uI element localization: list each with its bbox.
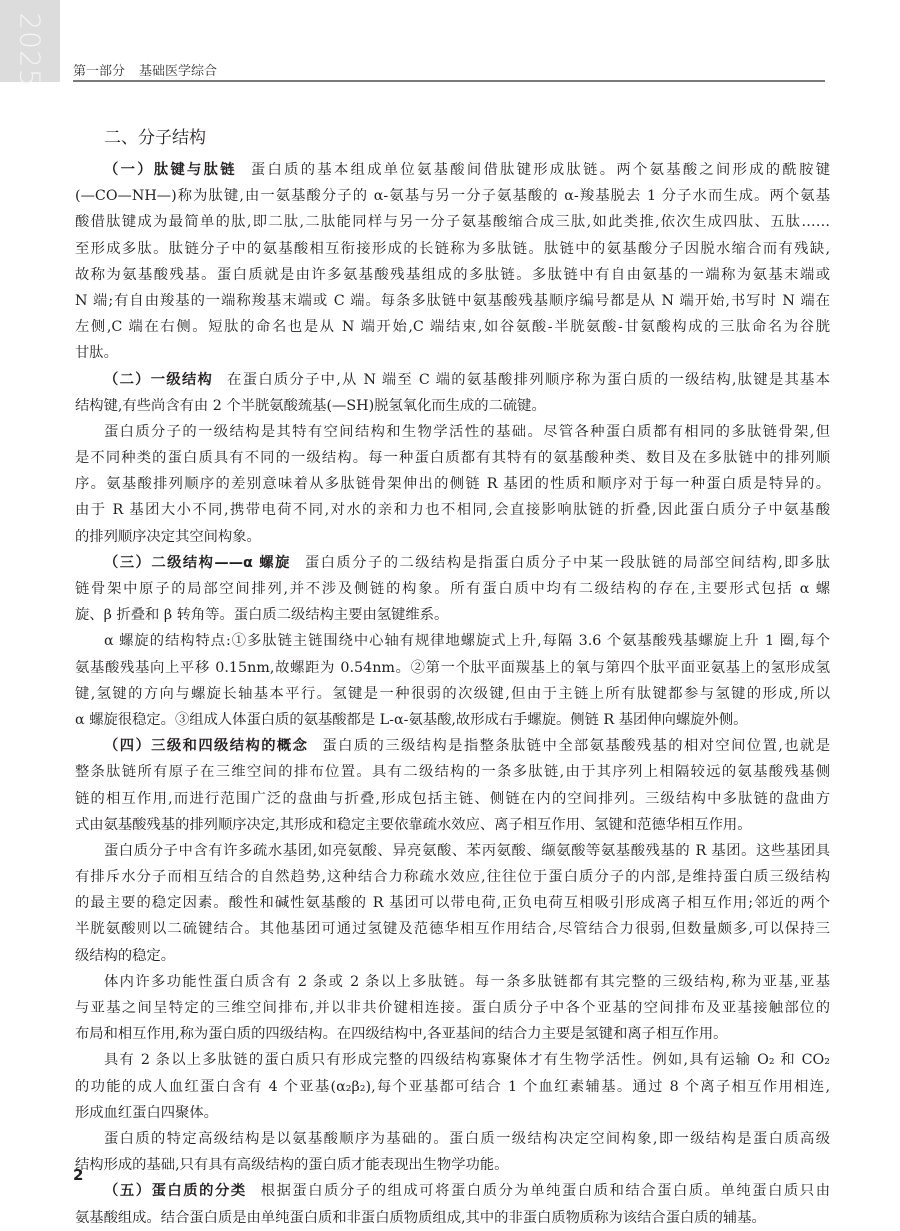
- body-text: （一）肽键与肽链蛋白质的基本组成单位氨基酸间借肽键形成肽链。两个氨基酸之间形成的…: [75, 157, 830, 1231]
- line-text: 整条肽链所有原子在三维空间的排布位置。具有二级结构的一条多肽链,由于其序列上相隔…: [75, 764, 830, 780]
- text-line: (—CO—NH—)称为肽键,由一氨基酸分子的 α-氨基与另一分子氨基酸的 α-羧…: [75, 183, 830, 209]
- line-text: 是不同种类的蛋白质具有不同的一级结构。每一种蛋白质都有其特有的氨基酸种类、数目及…: [75, 450, 830, 466]
- part-label: 第一部分: [73, 64, 125, 79]
- line-text: 的最主要的稳定因素。酸性和碱性氨基酸的 R 基团可以带电荷,正负电荷互相吸引形成…: [75, 895, 830, 911]
- subsection-line: （一）肽键与肽链蛋白质的基本组成单位氨基酸间借肽键形成肽链。两个氨基酸之间形成的…: [75, 157, 830, 183]
- page-number: 2: [73, 1166, 83, 1184]
- subsection-line: （三）二级结构——α 螺旋蛋白质分子的二级结构是指蛋白质分子中某一段肽链的局部空…: [75, 550, 830, 576]
- text-line: 结构形成的基础,只有具有高级结构的蛋白质才能表现出生物学功能。: [75, 1152, 830, 1178]
- line-text: 链骨架中原子的局部空间排列,并不涉及侧链的构象。所有蛋白质中均有二级结构的存在,…: [75, 581, 830, 597]
- line-text: N 端;有自由羧基的一端称羧基末端或 C 端。每条多肽链中氨基酸残基顺序编号都是…: [75, 293, 830, 309]
- line-text: 故称为氨基酸残基。蛋白质就是由许多氨基酸残基组成的多肽链。多肽链中有自由氨基的一…: [75, 267, 830, 283]
- running-head: 第一部分基础医学综合: [73, 60, 217, 79]
- text-line: 甘肽。: [75, 340, 830, 366]
- line-text: 蛋白质的基本组成单位氨基酸间借肽键形成肽链。两个氨基酸之间形成的酰胺键: [251, 162, 830, 178]
- line-text: 蛋白质分子中含有许多疏水基团,如亮氨酸、异亮氨酸、苯丙氨酸、缬氨酸等氨基酸残基的…: [104, 843, 830, 859]
- line-text: 左侧,C 端在右侧。短肽的命名也是从 N 端开始,C 端结束,如谷氨酸-半胱氨酸…: [75, 319, 830, 335]
- subsection-heading: （一）肽键与肽链: [104, 162, 237, 178]
- text-line: α 螺旋很稳定。③组成人体蛋白质的氨基酸都是 L-α-氨基酸,故形成右手螺旋。侧…: [75, 707, 830, 733]
- year-label: 2025: [14, 12, 47, 87]
- header-rule: [73, 80, 825, 82]
- line-text: 半胱氨酸则以二硫键结合。其他基团可通过氢键及范德华相互作用结合,尽管结合力很弱,…: [75, 921, 830, 937]
- text-line: 蛋白质分子的一级结构是其特有空间结构和生物学活性的基础。尽管各种蛋白质都有相同的…: [75, 419, 830, 445]
- line-text: 布局和相互作用,称为蛋白质的四级结构。在四级结构中,各亚基间的结合力主要是氢键和…: [75, 1026, 727, 1042]
- line-text: α 螺旋的结构特点:①多肽链主链围绕中心轴有规律地螺旋式上升,每隔 3.6 个氨…: [104, 633, 830, 649]
- text-line: 式由氨基酸残基的排列顺序决定,其形成和稳定主要依靠疏水效应、离子相互作用、氢键和…: [75, 812, 830, 838]
- text-line: 旋、β 折叠和 β 转角等。蛋白质二级结构主要由氢键维系。: [75, 602, 830, 628]
- subsection-line: （二）一级结构在蛋白质分子中,从 N 端至 C 端的氨基酸排列顺序称为蛋白质的一…: [75, 367, 830, 393]
- line-text: 旋、β 折叠和 β 转角等。蛋白质二级结构主要由氢键维系。: [75, 607, 448, 623]
- text-line: 链的相互作用,而进行范围广泛的盘曲与折叠,形成包括主链、侧链在内的空间排列。三级…: [75, 786, 830, 812]
- line-text: 结构键,有些尚含有由 2 个半胱氨酸巯基(—SH)脱氢氧化而生成的二硫键。: [75, 398, 546, 414]
- text-line: 与亚基之间呈特定的三维空间排布,并以非共价键相连接。蛋白质分子中各个亚基的空间排…: [75, 995, 830, 1021]
- line-text: 在蛋白质分子中,从 N 端至 C 端的氨基酸排列顺序称为蛋白质的一级结构,肽键是…: [227, 372, 830, 388]
- text-line: 的功能的成人血红蛋白含有 4 个亚基(α₂β₂),每个亚基都可结合 1 个血红素…: [75, 1074, 830, 1100]
- text-line: 蛋白质分子中含有许多疏水基团,如亮氨酸、异亮氨酸、苯丙氨酸、缬氨酸等氨基酸残基的…: [75, 838, 830, 864]
- line-text: 至形成多肽。肽链分子中的氨基酸相互衔接形成的长链称为多肽链。肽链中的氨基酸分子因…: [75, 241, 830, 257]
- text-line: 链骨架中原子的局部空间排列,并不涉及侧链的构象。所有蛋白质中均有二级结构的存在,…: [75, 576, 830, 602]
- text-line: 结构键,有些尚含有由 2 个半胱氨酸巯基(—SH)脱氢氧化而生成的二硫键。: [75, 393, 830, 419]
- line-text: 形成血红蛋白四聚体。: [75, 1105, 218, 1121]
- text-line: 蛋白质的特定高级结构是以氨基酸顺序为基础的。蛋白质一级结构决定空间构象,即一级结…: [75, 1126, 830, 1152]
- text-line: 左侧,C 端在右侧。短肽的命名也是从 N 端开始,C 端结束,如谷氨酸-半胱氨酸…: [75, 314, 830, 340]
- line-text: 链的相互作用,而进行范围广泛的盘曲与折叠,形成包括主链、侧链在内的空间排列。三级…: [75, 791, 830, 807]
- text-line: 的排列顺序决定其空间构象。: [75, 524, 830, 550]
- line-text: 结构形成的基础,只有具有高级结构的蛋白质才能表现出生物学功能。: [75, 1157, 508, 1173]
- text-line: 体内许多功能性蛋白质含有 2 条或 2 条以上多肽链。每一条多肽链都有其完整的三…: [75, 969, 830, 995]
- line-text: 甘肽。: [75, 345, 118, 361]
- text-line: 有排斥水分子而相互结合的自然趋势,这种结合力称疏水效应,往往位于蛋白质分子的内部…: [75, 864, 830, 890]
- line-text: 与亚基之间呈特定的三维空间排布,并以非共价键相连接。蛋白质分子中各个亚基的空间排…: [75, 1000, 830, 1016]
- text-line: 键,氢键的方向与螺旋长轴基本平行。氢键是一种很弱的次级键,但由于主链上所有肽键都…: [75, 681, 830, 707]
- line-text: 根据蛋白质分子的组成可将蛋白质分为单纯蛋白质和结合蛋白质。单纯蛋白质只由: [261, 1183, 830, 1199]
- text-line: 的最主要的稳定因素。酸性和碱性氨基酸的 R 基团可以带电荷,正负电荷互相吸引形成…: [75, 890, 830, 916]
- line-text: 氨基酸组成。结合蛋白质是由单纯蛋白质和非蛋白质物质组成,其中的非蛋白质物质称为该…: [75, 1210, 766, 1226]
- line-text: 蛋白质分子的二级结构是指蛋白质分子中某一段肽链的局部空间结构,即多肽: [305, 555, 830, 571]
- text-line: 布局和相互作用,称为蛋白质的四级结构。在四级结构中,各亚基间的结合力主要是氢键和…: [75, 1021, 830, 1047]
- text-line: 形成血红蛋白四聚体。: [75, 1100, 830, 1126]
- line-text: 蛋白质的三级结构是指整条肽链中全部氨基酸残基的相对空间位置,也就是: [322, 738, 830, 754]
- subsection-heading: （三）二级结构——α 螺旋: [104, 555, 291, 571]
- line-text: 的排列顺序决定其空间构象。: [75, 529, 261, 545]
- line-text: 级结构的稳定。: [75, 948, 175, 964]
- text-line: 故称为氨基酸残基。蛋白质就是由许多氨基酸残基组成的多肽链。多肽链中有自由氨基的一…: [75, 262, 830, 288]
- subsection-heading: （四）三级和四级结构的概念: [104, 738, 308, 754]
- text-line: 至形成多肽。肽链分子中的氨基酸相互衔接形成的长链称为多肽链。肽链中的氨基酸分子因…: [75, 236, 830, 262]
- text-line: 级结构的稳定。: [75, 943, 830, 969]
- line-text: 氨基酸残基向上平移 0.15nm,故螺距为 0.54nm。②第一个肽平面羰基上的…: [75, 660, 830, 676]
- text-line: 半胱氨酸则以二硫键结合。其他基团可通过氢键及范德华相互作用结合,尽管结合力很弱,…: [75, 916, 830, 942]
- text-line: 酸借肽键成为最简单的肽,即二肽,二肽能同样与另一分子氨基酸缩合成三肽,如此类推,…: [75, 209, 830, 235]
- part-title: 基础医学综合: [139, 64, 217, 79]
- line-text: 的功能的成人血红蛋白含有 4 个亚基(α₂β₂),每个亚基都可结合 1 个血红素…: [75, 1079, 830, 1095]
- text-line: 氨基酸组成。结合蛋白质是由单纯蛋白质和非蛋白质物质组成,其中的非蛋白质物质称为该…: [75, 1205, 830, 1231]
- subsection-heading: （二）一级结构: [104, 372, 213, 388]
- line-text: 由于 R 基团大小不同,携带电荷不同,对水的亲和力也不相同,会直接影响肽链的折叠…: [75, 502, 830, 518]
- subsection-heading: （五）蛋白质的分类: [104, 1183, 247, 1199]
- subsection-line: （四）三级和四级结构的概念蛋白质的三级结构是指整条肽链中全部氨基酸残基的相对空间…: [75, 733, 830, 759]
- line-text: 式由氨基酸残基的排列顺序决定,其形成和稳定主要依靠疏水效应、离子相互作用、氢键和…: [75, 817, 752, 833]
- line-text: 蛋白质分子的一级结构是其特有空间结构和生物学活性的基础。尽管各种蛋白质都有相同的…: [104, 424, 830, 440]
- text-line: 是不同种类的蛋白质具有不同的一级结构。每一种蛋白质都有其特有的氨基酸种类、数目及…: [75, 445, 830, 471]
- line-text: (—CO—NH—)称为肽键,由一氨基酸分子的 α-氨基与另一分子氨基酸的 α-羧…: [75, 188, 830, 204]
- line-text: 键,氢键的方向与螺旋长轴基本平行。氢键是一种很弱的次级键,但由于主链上所有肽键都…: [75, 686, 830, 702]
- line-text: 有排斥水分子而相互结合的自然趋势,这种结合力称疏水效应,往往位于蛋白质分子的内部…: [75, 869, 830, 885]
- line-text: 具有 2 条以上多肽链的蛋白质只有形成完整的四级结构寡聚体才有生物学活性。例如,…: [104, 1052, 830, 1068]
- text-line: 氨基酸残基向上平移 0.15nm,故螺距为 0.54nm。②第一个肽平面羰基上的…: [75, 655, 830, 681]
- line-text: 酸借肽键成为最简单的肽,即二肽,二肽能同样与另一分子氨基酸缩合成三肽,如此类推,…: [75, 214, 830, 230]
- text-line: 由于 R 基团大小不同,携带电荷不同,对水的亲和力也不相同,会直接影响肽链的折叠…: [75, 497, 830, 523]
- text-line: 序。氨基酸排列顺序的差别意味着从多肽链骨架伸出的侧链 R 基团的性质和顺序对于每…: [75, 471, 830, 497]
- year-side-tab: 2025: [0, 0, 60, 82]
- line-text: 蛋白质的特定高级结构是以氨基酸顺序为基础的。蛋白质一级结构决定空间构象,即一级结…: [104, 1131, 830, 1147]
- line-text: α 螺旋很稳定。③组成人体蛋白质的氨基酸都是 L-α-氨基酸,故形成右手螺旋。侧…: [75, 712, 747, 728]
- line-text: 序。氨基酸排列顺序的差别意味着从多肽链骨架伸出的侧链 R 基团的性质和顺序对于每…: [75, 476, 830, 492]
- line-text: 体内许多功能性蛋白质含有 2 条或 2 条以上多肽链。每一条多肽链都有其完整的三…: [104, 974, 830, 990]
- text-line: 具有 2 条以上多肽链的蛋白质只有形成完整的四级结构寡聚体才有生物学活性。例如,…: [75, 1047, 830, 1073]
- subsection-line: （五）蛋白质的分类根据蛋白质分子的组成可将蛋白质分为单纯蛋白质和结合蛋白质。单纯…: [75, 1178, 830, 1204]
- text-line: α 螺旋的结构特点:①多肽链主链围绕中心轴有规律地螺旋式上升,每隔 3.6 个氨…: [75, 628, 830, 654]
- text-line: 整条肽链所有原子在三维空间的排布位置。具有二级结构的一条多肽链,由于其序列上相隔…: [75, 759, 830, 785]
- text-line: N 端;有自由羧基的一端称羧基末端或 C 端。每条多肽链中氨基酸残基顺序编号都是…: [75, 288, 830, 314]
- section-title: 二、分子结构: [104, 123, 206, 148]
